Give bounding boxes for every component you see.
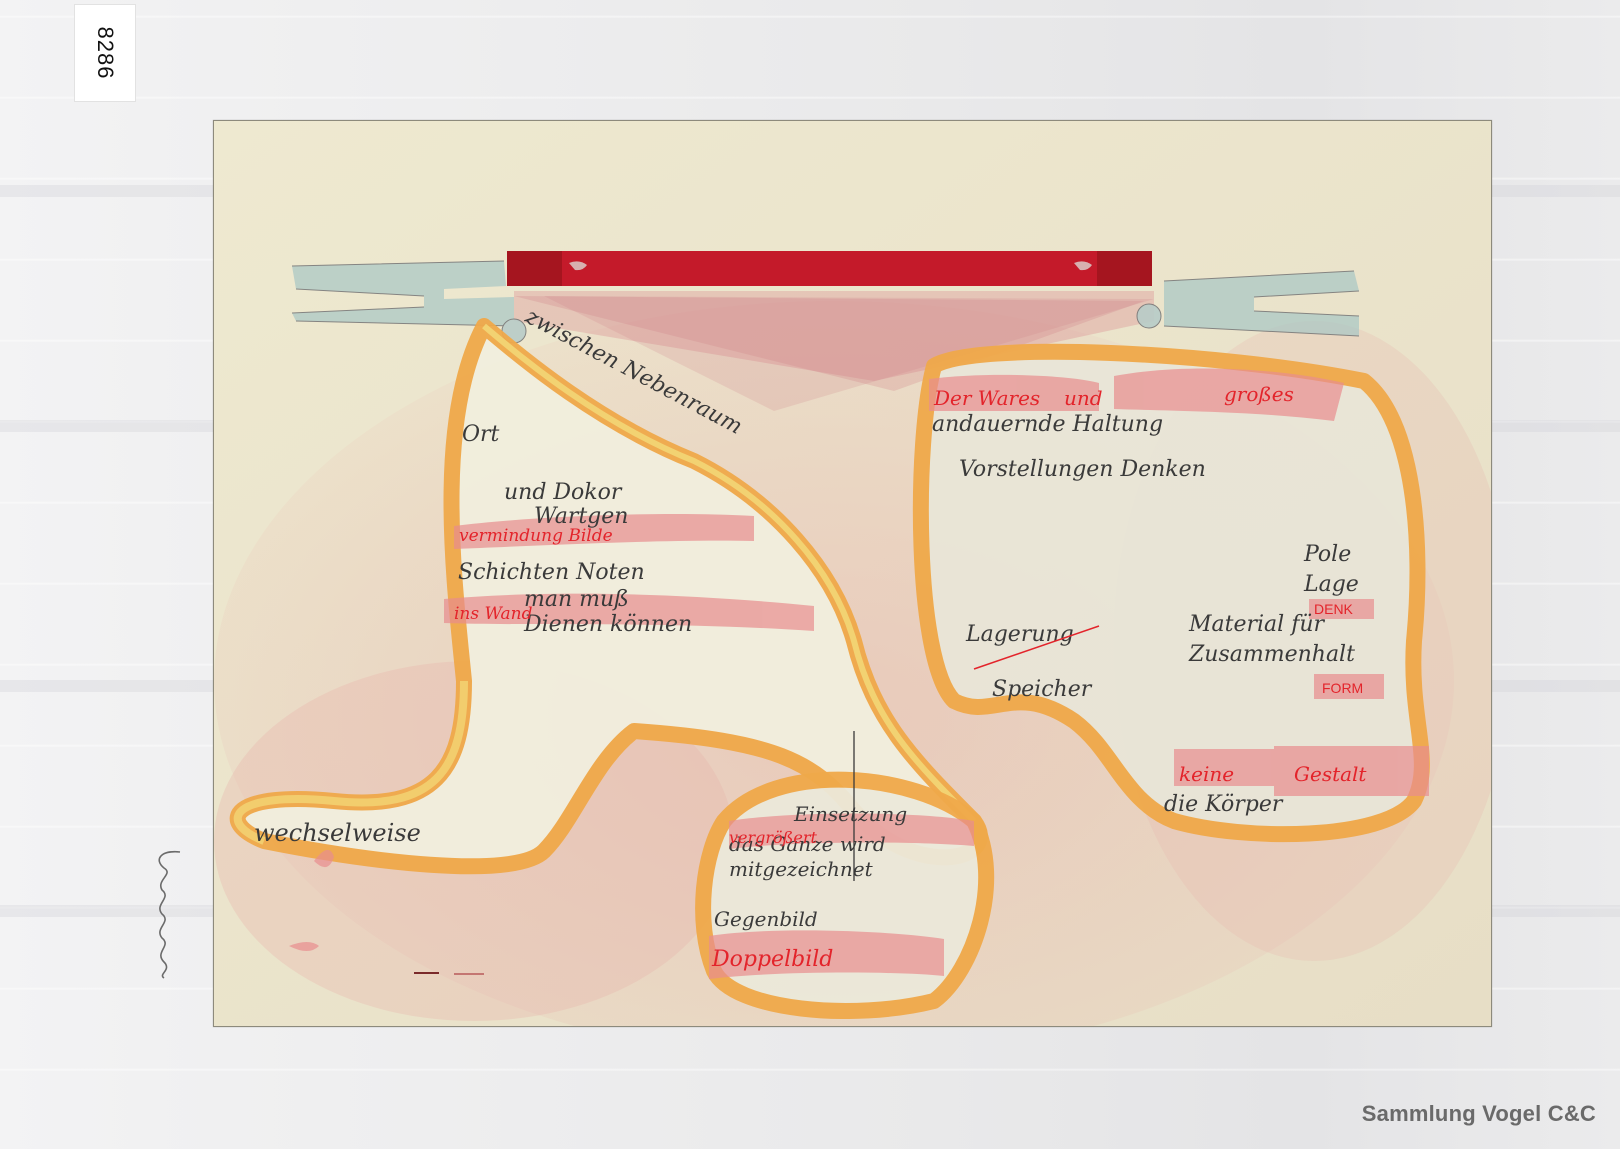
inventory-number: 8286 — [92, 27, 118, 80]
svg-text:Pole: Pole — [1303, 542, 1351, 567]
svg-text:Gegenbild: Gegenbild — [714, 907, 818, 931]
svg-text:Doppelbild: Doppelbild — [711, 947, 833, 972]
svg-text:Der Wares: Der Wares — [933, 386, 1040, 410]
svg-text:Speicher: Speicher — [992, 677, 1093, 702]
svg-text:Gestalt: Gestalt — [1294, 762, 1367, 786]
svg-text:Einsetzung: Einsetzung — [793, 802, 907, 826]
svg-text:vergrößert: vergrößert — [729, 828, 817, 847]
inventory-number-label: 8286 — [74, 4, 136, 102]
svg-text:Dienen können: Dienen können — [523, 612, 692, 637]
label-form: FORM — [1322, 680, 1363, 696]
svg-text:Lagerung: Lagerung — [965, 622, 1074, 647]
svg-text:andauernde Haltung: andauernde Haltung — [932, 412, 1163, 437]
artist-signature — [150, 850, 190, 980]
wechselweise-text: wechselweise — [254, 819, 421, 847]
svg-text:mitgezeichnet: mitgezeichnet — [729, 857, 874, 881]
artwork-drawing: DENK FORM Ort und Dokor Wartgen Schichte… — [213, 120, 1492, 1027]
svg-text:die Körper: die Körper — [1164, 792, 1284, 817]
svg-text:Material für: Material für — [1188, 612, 1326, 637]
svg-text:Vorstellungen Denken: Vorstellungen Denken — [959, 457, 1206, 482]
svg-text:vermindung Bilde: vermindung Bilde — [459, 526, 613, 546]
svg-text:Zusammenhalt: Zusammenhalt — [1188, 642, 1355, 667]
svg-text:und: und — [1064, 386, 1103, 410]
svg-text:Schichten Noten: Schichten Noten — [458, 560, 645, 585]
svg-text:Lage: Lage — [1303, 572, 1359, 597]
svg-text:und Dokor: und Dokor — [504, 480, 623, 505]
svg-text:keine: keine — [1179, 762, 1234, 786]
svg-text:man muß: man muß — [524, 587, 629, 612]
red-bar — [507, 251, 1152, 286]
svg-text:Ort: Ort — [462, 422, 500, 447]
collection-watermark: Sammlung Vogel C&C — [1362, 1101, 1596, 1127]
svg-text:ins Wand: ins Wand — [454, 604, 533, 624]
svg-text:großes: großes — [1224, 382, 1294, 406]
drawing-canvas: DENK FORM Ort und Dokor Wartgen Schichte… — [214, 121, 1491, 1026]
